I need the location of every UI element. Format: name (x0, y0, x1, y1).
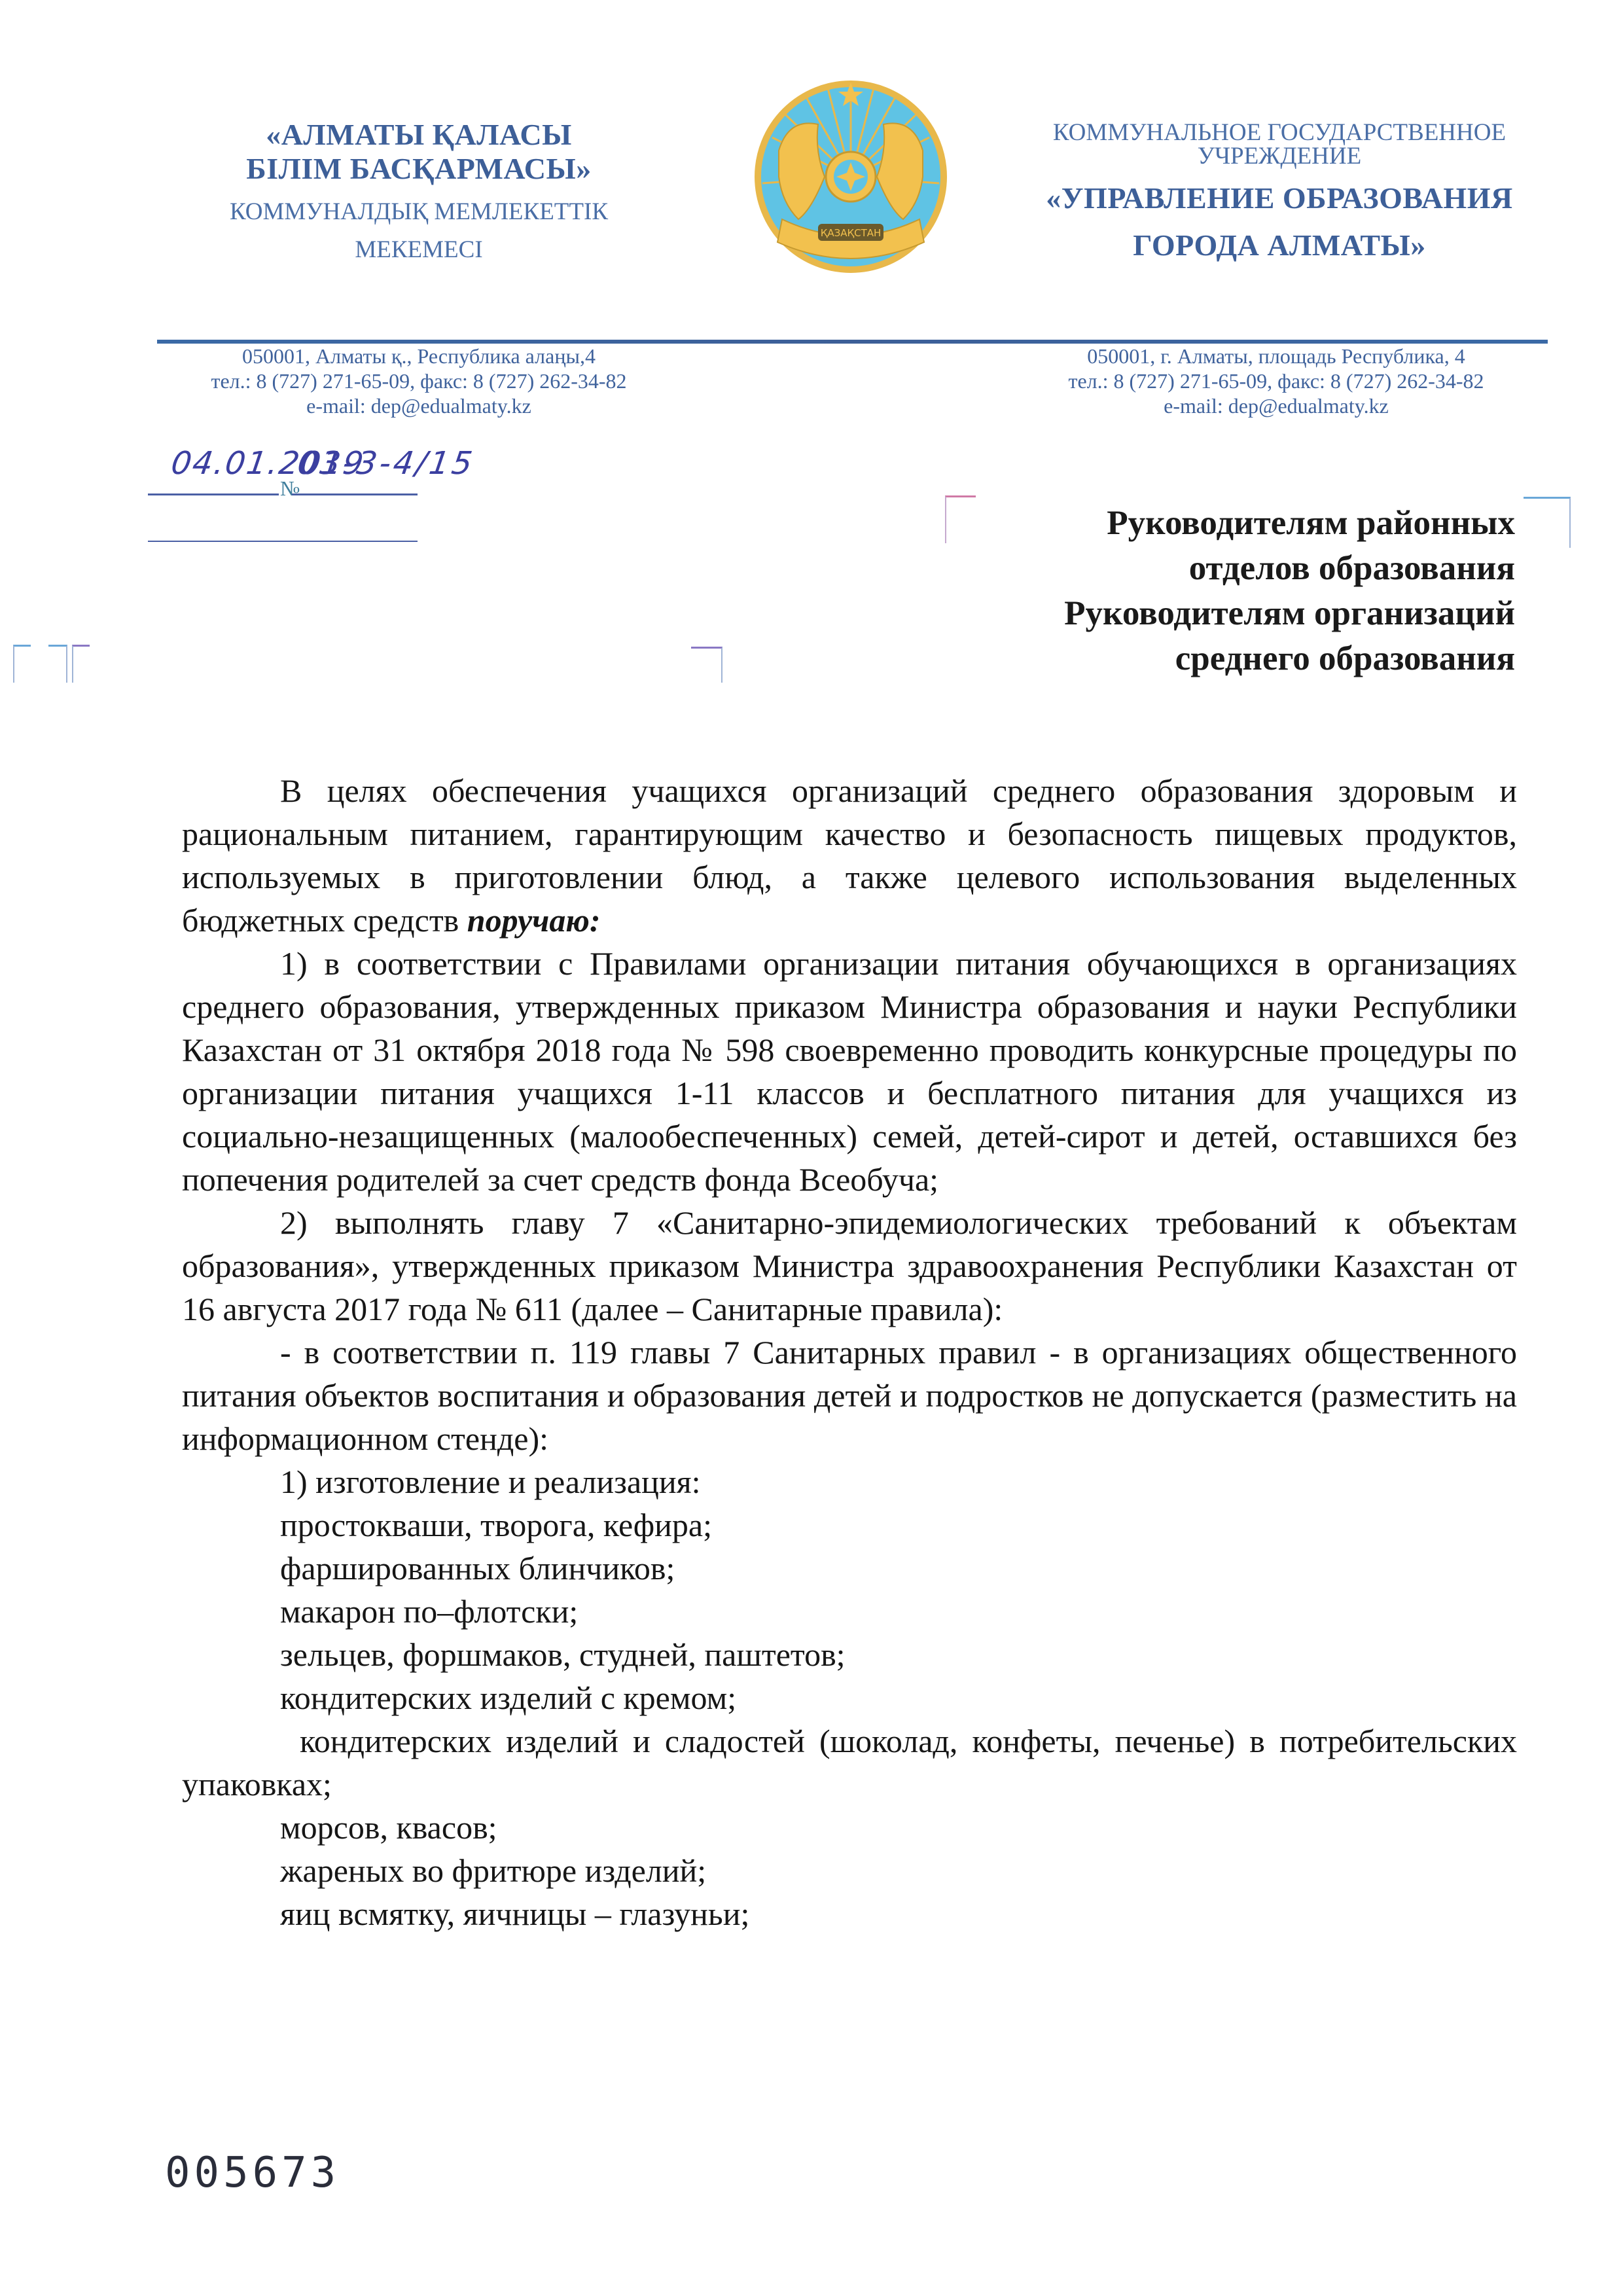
number-underline (292, 493, 418, 495)
corner-mark (691, 647, 722, 683)
address-kz: 050001, Алматы қ., Республика алаңы,4 (157, 344, 681, 368)
serial-number: 005673 (165, 2149, 340, 2197)
org-name-ru-line2: ГОРОДА АЛМАТЫ» (1008, 228, 1551, 262)
org-name-ru-line1: «УПРАВЛЕНИЕ ОБРАЗОВАНИЯ (1008, 181, 1551, 215)
phone-fax-kz: тел.: 8 (727) 271-65-09, факс: 8 (727) 2… (157, 368, 681, 393)
phone-fax-ru: тел.: 8 (727) 271-65-09, факс: 8 (727) 2… (995, 368, 1558, 393)
registration-number: 03-3-4/15 (295, 445, 477, 482)
prohibited-item: яиц всмятку, яичницы – глазуньи; (182, 1892, 1517, 1935)
prohibited-item: кондитерских изделий с кремом; (182, 1676, 1517, 1719)
prohibited-item: простокваши, творога, кефира; (182, 1503, 1517, 1547)
org-name-kz-line2: БІЛІМ БАСҚАРМАСЫ» (157, 152, 681, 186)
item-1-paragraph: 1) в соответствии с Правилами организаци… (182, 942, 1517, 1201)
addressee-line: Руководителям районных (969, 501, 1515, 546)
letter-body: В целях обеспечения учащихся организаций… (182, 769, 1517, 1935)
date-underline (148, 493, 279, 495)
corner-mark (1524, 497, 1571, 548)
intro-emphasis: поручаю: (467, 902, 601, 939)
corner-mark (72, 645, 90, 683)
email-kz: e-mail: dep@edualmaty.kz (157, 393, 681, 418)
prohibited-item: морсов, квасов; (182, 1806, 1517, 1849)
email-ru: e-mail: dep@edualmaty.kz (995, 393, 1558, 418)
contact-info-ru: 050001, г. Алматы, площадь Республика, 4… (995, 344, 1558, 418)
org-name-kz-line1: «АЛМАТЫ ҚАЛАСЫ (157, 118, 681, 152)
org-type-kz-line2: МЕКЕМЕСІ (157, 238, 681, 262)
prohibited-item: зельцев, форшмаков, студней, паштетов; (182, 1633, 1517, 1676)
prohibited-item: жареных во фритюре изделий; (182, 1849, 1517, 1892)
org-type-ru-line1: КОММУНАЛЬНОЕ ГОСУДАРСТВЕННОЕ (1008, 121, 1551, 145)
svg-text:ҚАЗАҚСТАН: ҚАЗАҚСТАН (821, 227, 882, 239)
intro-text: В целях обеспечения учащихся организаций… (182, 772, 1517, 939)
item-2-paragraph: 2) выполнять главу 7 «Санитарно-эпидемио… (182, 1201, 1517, 1331)
contact-info-kz: 050001, Алматы қ., Республика алаңы,4 те… (157, 344, 681, 418)
intro-paragraph: В целях обеспечения учащихся организаций… (182, 769, 1517, 942)
corner-mark (13, 645, 31, 683)
prohibited-heading: 1) изготовление и реализация: (182, 1460, 1517, 1503)
addressee-line: среднего образования (969, 636, 1515, 681)
prohibited-item: макарон по–флотски; (182, 1590, 1517, 1633)
org-type-ru-line2: УЧРЕЖДЕНИЕ (1008, 145, 1551, 168)
secondary-underline (148, 541, 418, 542)
addressee-line: Руководителям организаций (969, 591, 1515, 636)
kazakhstan-state-emblem-icon: ҚАЗАҚСТАН (753, 79, 949, 275)
corner-mark (48, 645, 67, 683)
org-type-kz-line1: КОММУНАЛДЫҚ МЕМЛЕКЕТТІК (157, 200, 681, 224)
prohibited-item: кондитерских изделий и сладостей (шокола… (182, 1719, 1517, 1806)
letterhead-left: «АЛМАТЫ ҚАЛАСЫ БІЛІМ БАСҚАРМАСЫ» КОММУНА… (157, 118, 681, 262)
address-ru: 050001, г. Алматы, площадь Республика, 4 (995, 344, 1558, 368)
item-2-subparagraph: - в соответствии п. 119 главы 7 Санитарн… (182, 1331, 1517, 1460)
letterhead-right: КОММУНАЛЬНОЕ ГОСУДАРСТВЕННОЕ УЧРЕЖДЕНИЕ … (1008, 121, 1551, 262)
addressee-line: отделов образования (969, 546, 1515, 591)
prohibited-item: фаршированных блинчиков; (182, 1547, 1517, 1590)
addressee-block: Руководителям районных отделов образован… (969, 501, 1515, 681)
